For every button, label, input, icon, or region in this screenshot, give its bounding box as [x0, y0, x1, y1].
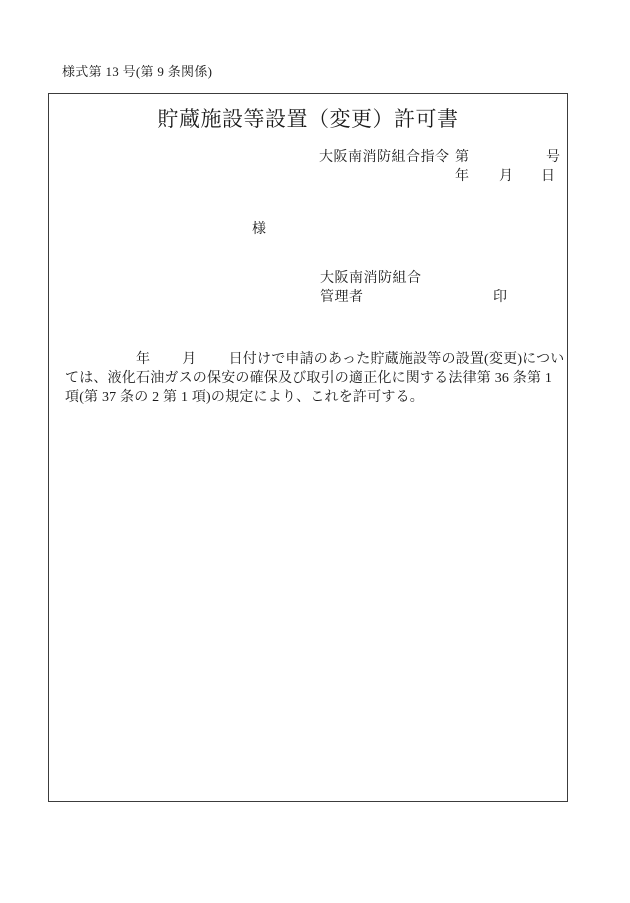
body-line: 年 月 日付けで申請のあった貯蔵施設等の設置(変更)につい — [65, 350, 561, 369]
permit-document-frame: 貯蔵施設等設置（変更）許可書 大阪南消防組合指令 第 号 年 月 日 様 大阪南… — [48, 93, 568, 802]
issuer-role: 管理者 — [320, 286, 364, 306]
date-year-label: 年 — [455, 165, 470, 185]
form-number-label: 様式第 13 号(第 9 条関係) — [62, 61, 212, 80]
directive-number-suffix: 号 — [546, 146, 561, 166]
issuer-organization: 大阪南消防組合 — [320, 267, 422, 287]
body-line: 項(第 37 条の 2 第 1 項)の規定により、これを許可する。 — [65, 388, 561, 407]
directive-number-prefix: 第 — [455, 146, 470, 166]
issuer-seal-mark: 印 — [493, 286, 508, 306]
permit-title: 貯蔵施設等設置（変更）許可書 — [49, 103, 567, 133]
date-day-label: 日 — [541, 165, 556, 185]
body-line: ては、液化石油ガスの保安の確保及び取引の適正化に関する法律第 36 条第 1 — [65, 369, 561, 388]
directive-agency-label: 大阪南消防組合指令 — [319, 146, 450, 166]
addressee-honorific: 様 — [252, 218, 267, 238]
date-month-label: 月 — [499, 165, 514, 185]
permit-body-paragraph: 年 月 日付けで申請のあった貯蔵施設等の設置(変更)につい ては、液化石油ガスの… — [65, 350, 561, 407]
